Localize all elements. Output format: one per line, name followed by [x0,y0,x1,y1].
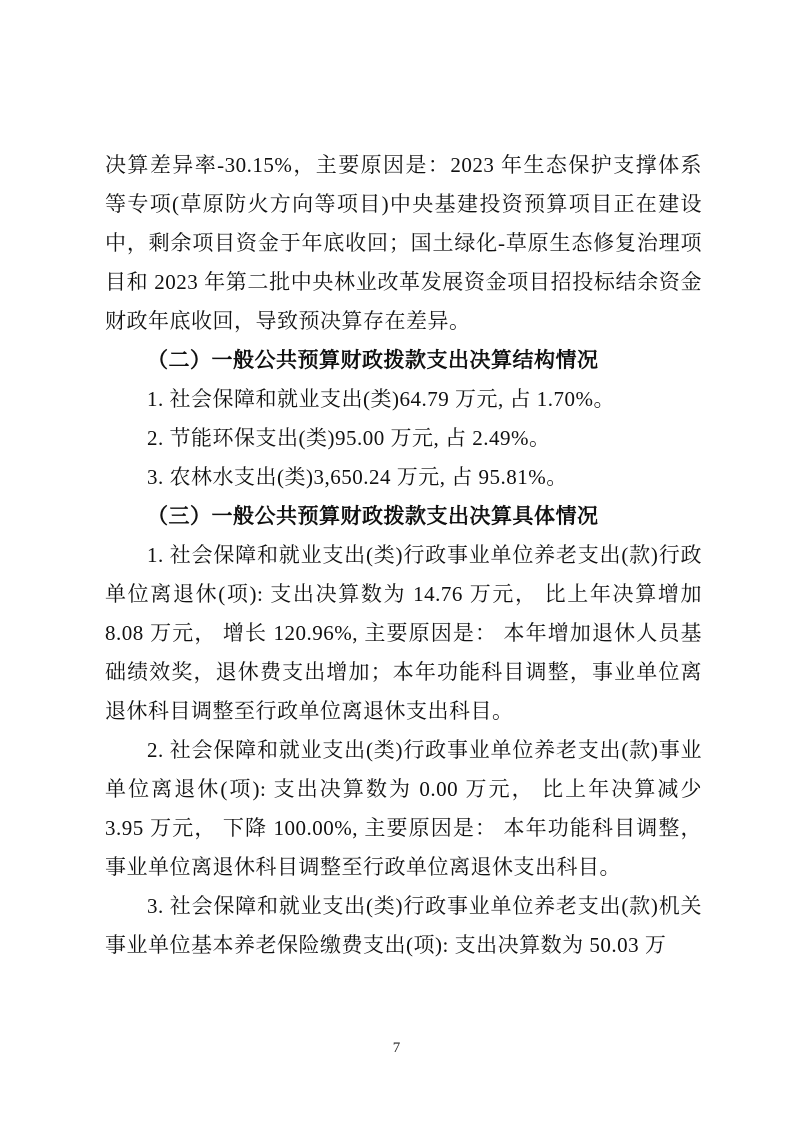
section2-item-agriculture-forestry-water: 3. 农林水支出(类)3,650.24 万元, 占 95.81%。 [105,458,702,497]
section3-heading: （三）一般公共预算财政拨款支出决算具体情况 [105,497,702,536]
document-body: 决算差异率-30.15%，主要原因是：2023 年生态保护支撑体系等专项(草原防… [105,146,702,965]
document-page: 决算差异率-30.15%，主要原因是：2023 年生态保护支撑体系等专项(草原防… [0,0,793,1122]
section2-item-social-security: 1. 社会保障和就业支出(类)64.79 万元, 占 1.70%。 [105,380,702,419]
section3-paragraph-institution-retirement: 2. 社会保障和就业支出(类)行政事业单位养老支出(款)事业单位离退休(项): … [105,731,702,887]
section2-heading: （二）一般公共预算财政拨款支出决算结构情况 [105,341,702,380]
page-number: 7 [0,1038,793,1058]
section3-paragraph-admin-retirement: 1. 社会保障和就业支出(类)行政事业单位养老支出(款)行政单位离退休(项): … [105,536,702,731]
section2-item-energy-environment: 2. 节能环保支出(类)95.00 万元, 占 2.49%。 [105,419,702,458]
section3-paragraph-pension-contribution: 3. 社会保障和就业支出(类)行政事业单位养老支出(款)机关事业单位基本养老保险… [105,887,702,965]
carryover-paragraph: 决算差异率-30.15%，主要原因是：2023 年生态保护支撑体系等专项(草原防… [105,146,702,341]
